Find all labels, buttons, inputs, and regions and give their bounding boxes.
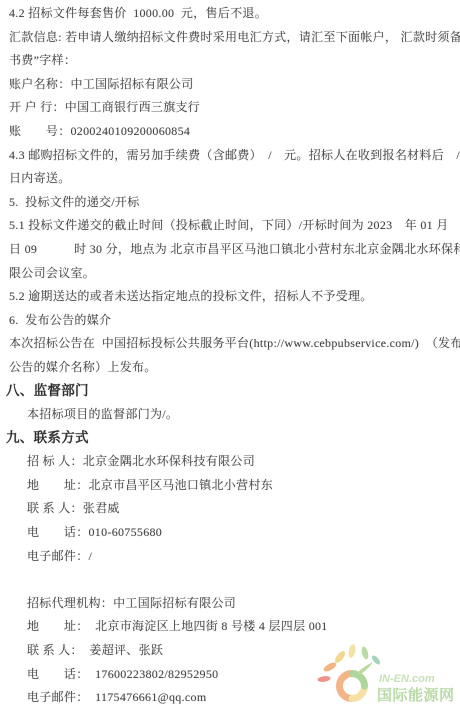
in-en-logo: IN-EN.com 国际能源网 [315, 642, 459, 709]
doc-line: 限公司会议室。 [0, 262, 460, 286]
doc-line: 电 话：010-60755680 [0, 521, 460, 545]
doc-line: 书费”字样： [0, 49, 460, 73]
doc-line [0, 568, 460, 592]
doc-line: 日 09 时 30 分，地点为 北京市昌平区马池口镇北小营村东北京金隅北水环保科… [0, 238, 460, 262]
watermark-name-text: 国际能源网 [377, 686, 455, 704]
logo-swirl [340, 662, 374, 699]
doc-line: 招标代理机构：中工国际招标有限公司 [0, 592, 460, 616]
doc-line: 公告的媒介名称）上发布。 [0, 356, 460, 380]
doc-line: 本招标项目的监督部门为/。 [0, 403, 460, 427]
document-lines: 4.2 招标文件每套售价 1000.00 元，售后不退。汇款信息: 若申请人缴纳… [0, 2, 460, 710]
doc-line: 电子邮件：/ [0, 545, 460, 569]
doc-line: 账户名称：中工国际招标有限公司 [0, 73, 460, 97]
doc-line: 招 标 人：北京金隅北水环保科技有限公司 [0, 450, 460, 474]
doc-line: 5.2 逾期送达的或者未送达指定地点的投标文件，招标人不予受理。 [0, 285, 460, 309]
doc-line: 地 址： 北京市海淀区上地四街 8 号楼 4 层四层 001 [0, 615, 460, 639]
doc-line: 九、联系方式 [0, 427, 460, 451]
doc-line: 5.1 投标文件递交的截止时间（投标截止时间，下同）/开标时间为 2023 年 … [0, 214, 460, 238]
doc-line: 4.2 招标文件每套售价 1000.00 元，售后不退。 [0, 2, 460, 26]
doc-line: 6. 发布公告的媒介 [0, 309, 460, 333]
doc-line: 汇款信息: 若申请人缴纳招标文件费时采用电汇方式，请汇至下面帐户， 汇款时须备注… [0, 26, 460, 50]
in-en-watermark: IN-EN.com 国际能源网 [315, 642, 459, 709]
doc-line: 开 户 行：中国工商银行西三旗支行 [0, 96, 460, 120]
doc-line: 八、监督部门 [0, 380, 460, 404]
doc-line: 5. 投标文件的递交/开标 [0, 191, 460, 215]
watermark-site-text: IN-EN.com [379, 673, 435, 685]
doc-line: 地 址：北京市昌平区马池口镇北小营村东 [0, 474, 460, 498]
doc-line: 本次招标公告在 中国招标投标公共服务平台(http://www.cebpubse… [0, 332, 460, 356]
doc-line: 日内寄送。 [0, 167, 460, 191]
doc-line: 账 号：0200240109200060854 [0, 120, 460, 144]
doc-line: 4.3 邮购招标文件的，需另加手续费（含邮费） / 元。招标人在收到报名材料后 … [0, 144, 460, 168]
doc-line: 联 系 人：张君威 [0, 497, 460, 521]
document-page: 4.2 招标文件每套售价 1000.00 元，售后不退。汇款信息: 若申请人缴纳… [0, 0, 460, 713]
